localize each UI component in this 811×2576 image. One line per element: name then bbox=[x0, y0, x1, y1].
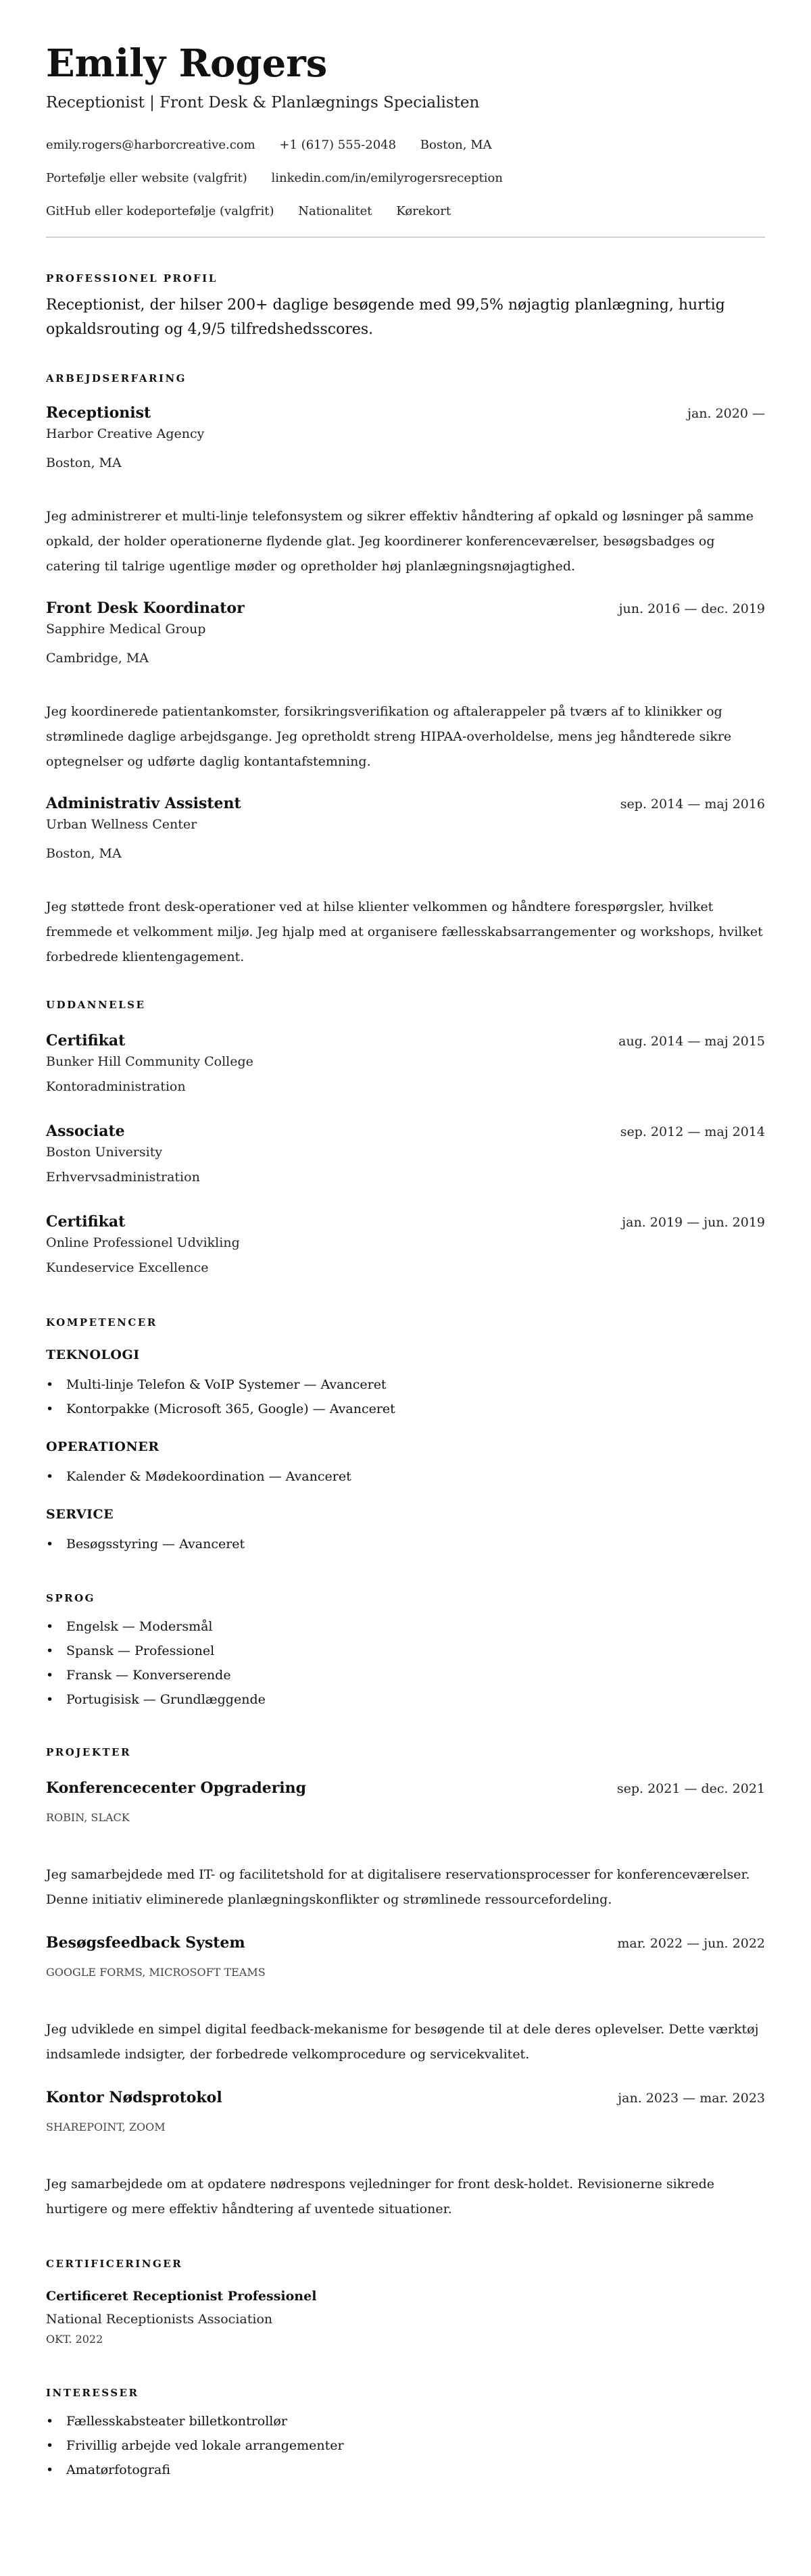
profile-section: Professionel profil Receptionist, der hi… bbox=[46, 272, 765, 342]
field-of-study: Kundeservice Excellence bbox=[46, 1258, 765, 1278]
location-text: Boston, MA bbox=[420, 138, 492, 152]
skill-item-text: Kontorpakke (Microsoft 365, Google) — Av… bbox=[66, 1402, 395, 1416]
job-dates: jan. 2020 — bbox=[687, 403, 765, 424]
language-item: •Spansk — Professionel bbox=[46, 1639, 765, 1663]
project-title: Kontor Nødsprotokol bbox=[46, 2087, 222, 2108]
language-item-text: Spansk — Professionel bbox=[66, 1643, 214, 1658]
candidate-name: Emily Rogers bbox=[46, 39, 765, 88]
interest-item-text: Frivillig arbejde ved lokale arrangement… bbox=[66, 2438, 344, 2453]
job-location: Cambridge, MA bbox=[46, 648, 765, 668]
skill-item: •Kalender & Mødekoordination — Avanceret bbox=[46, 1464, 765, 1489]
contact-info: emily.rogers@harborcreative.com +1 (617)… bbox=[46, 128, 765, 228]
projects-section: Projekter Konferencecenter Opgraderingse… bbox=[46, 1745, 765, 2222]
education-entry: Certifikatjan. 2019 — jun. 2019Online Pr… bbox=[46, 1212, 765, 1278]
phone-link[interactable]: +1 (617) 555-2048 bbox=[279, 138, 396, 152]
section-title: Certificeringer bbox=[46, 2257, 765, 2271]
education-entry: Associatesep. 2012 — maj 2014Boston Univ… bbox=[46, 1121, 765, 1187]
project-tech: Google Forms, Microsoft Teams bbox=[46, 1964, 765, 1981]
email-link[interactable]: emily.rogers@harborcreative.com bbox=[46, 138, 255, 152]
skill-item-text: Kalender & Mødekoordination — Avanceret bbox=[66, 1469, 351, 1484]
skills-section: Kompetencer TEKNOLOGI•Multi-linje Telefo… bbox=[46, 1316, 765, 1556]
bullet-icon: • bbox=[46, 1372, 53, 1397]
bullet-icon: • bbox=[46, 1397, 53, 1421]
section-title: Projekter bbox=[46, 1745, 765, 1759]
skill-group: SERVICE•Besøgsstyring — Avanceret bbox=[46, 1505, 765, 1556]
bullet-icon: • bbox=[46, 2458, 53, 2482]
education-entry: Certifikataug. 2014 — maj 2015Bunker Hil… bbox=[46, 1031, 765, 1097]
job-description: Jeg koordinerede patientankomster, forsi… bbox=[46, 699, 765, 774]
entry-header: Administrativ Assistentsep. 2014 — maj 2… bbox=[46, 793, 765, 814]
bullet-icon: • bbox=[46, 1663, 53, 1687]
interests-section: Interesser •Fællesskabsteater billetkont… bbox=[46, 2386, 765, 2482]
skill-list: •Multi-linje Telefon & VoIP Systemer — A… bbox=[46, 1372, 765, 1421]
interest-item-text: Fællesskabsteater billetkontrollør bbox=[66, 2414, 287, 2429]
skill-group-title: SERVICE bbox=[46, 1505, 765, 1524]
certification-issuer: National Receptionists Association bbox=[46, 2309, 765, 2329]
skill-item-text: Multi-linje Telefon & VoIP Systemer — Av… bbox=[66, 1377, 387, 1392]
interest-item: •Fællesskabsteater billetkontrollør bbox=[46, 2409, 765, 2433]
entry-header: Receptionistjan. 2020 — bbox=[46, 403, 765, 424]
experience-entry: Front Desk Koordinatorjun. 2016 — dec. 2… bbox=[46, 598, 765, 774]
profile-summary: Receptionist, der hilser 200+ daglige be… bbox=[46, 293, 765, 342]
experience-section: Arbejdserfaring Receptionistjan. 2020 —H… bbox=[46, 372, 765, 970]
bullet-icon: • bbox=[46, 2433, 53, 2458]
resume-header: Emily Rogers Receptionist | Front Desk &… bbox=[46, 39, 765, 228]
skill-group-title: OPERATIONER bbox=[46, 1437, 765, 1456]
drivers-license-text: Kørekort bbox=[396, 204, 451, 218]
interest-item-text: Amatørfotografi bbox=[66, 2462, 170, 2477]
certifications-list: Certificeret Receptionist ProfessionelNa… bbox=[46, 2287, 765, 2347]
project-entry: Besøgsfeedback Systemmar. 2022 — jun. 20… bbox=[46, 1933, 765, 2067]
field-of-study: Erhvervsadministration bbox=[46, 1167, 765, 1187]
section-title: Sprog bbox=[46, 1591, 765, 1605]
language-item: •Portugisisk — Grundlæggende bbox=[46, 1687, 765, 1712]
language-item: •Engelsk — Modersmål bbox=[46, 1614, 765, 1639]
school-name: Online Professionel Udvikling bbox=[46, 1233, 765, 1253]
skill-item: •Multi-linje Telefon & VoIP Systemer — A… bbox=[46, 1372, 765, 1397]
section-title: Uddannelse bbox=[46, 998, 765, 1012]
experience-entry: Receptionistjan. 2020 —Harbor Creative A… bbox=[46, 403, 765, 579]
skill-list: •Kalender & Mødekoordination — Avanceret bbox=[46, 1464, 765, 1489]
github-link[interactable]: GitHub eller kodeportefølje (valgfrit) bbox=[46, 204, 274, 218]
job-dates: jun. 2016 — dec. 2019 bbox=[619, 599, 765, 619]
linkedin-link[interactable]: linkedin.com/in/emilyrogersreception bbox=[271, 171, 503, 185]
company-name: Sapphire Medical Group bbox=[46, 619, 765, 639]
project-dates: mar. 2022 — jun. 2022 bbox=[617, 1933, 765, 1954]
interest-item: •Amatørfotografi bbox=[46, 2458, 765, 2482]
certifications-section: Certificeringer Certificeret Receptionis… bbox=[46, 2257, 765, 2347]
bullet-icon: • bbox=[46, 1464, 53, 1489]
section-title: Kompetencer bbox=[46, 1316, 765, 1329]
education-list: Certifikataug. 2014 — maj 2015Bunker Hil… bbox=[46, 1031, 765, 1278]
field-of-study: Kontoradministration bbox=[46, 1076, 765, 1097]
project-entry: Kontor Nødsprotokoljan. 2023 — mar. 2023… bbox=[46, 2087, 765, 2222]
school-name: Boston University bbox=[46, 1142, 765, 1162]
experience-list: Receptionistjan. 2020 —Harbor Creative A… bbox=[46, 403, 765, 970]
bullet-icon: • bbox=[46, 1614, 53, 1639]
project-entry: Konferencecenter Opgraderingsep. 2021 — … bbox=[46, 1778, 765, 1912]
language-item-text: Portugisisk — Grundlæggende bbox=[66, 1692, 266, 1707]
experience-entry: Administrativ Assistentsep. 2014 — maj 2… bbox=[46, 793, 765, 970]
entry-header: Kontor Nødsprotokoljan. 2023 — mar. 2023 bbox=[46, 2087, 765, 2108]
job-location: Boston, MA bbox=[46, 453, 765, 473]
nationality-text: Nationalitet bbox=[298, 204, 372, 218]
bullet-icon: • bbox=[46, 1532, 53, 1556]
job-title: Front Desk Koordinator bbox=[46, 598, 245, 618]
skill-item: •Besøgsstyring — Avanceret bbox=[46, 1532, 765, 1556]
section-title: Interesser bbox=[46, 2386, 765, 2400]
job-location: Boston, MA bbox=[46, 843, 765, 864]
company-name: Harbor Creative Agency bbox=[46, 424, 765, 444]
project-title: Konferencecenter Opgradering bbox=[46, 1778, 306, 1798]
language-item: •Fransk — Konverserende bbox=[46, 1663, 765, 1687]
project-dates: jan. 2023 — mar. 2023 bbox=[618, 2088, 765, 2108]
certification-name: Certificeret Receptionist Professionel bbox=[46, 2287, 765, 2306]
bullet-icon: • bbox=[46, 1687, 53, 1712]
job-dates: sep. 2014 — maj 2016 bbox=[620, 794, 765, 814]
project-tech: Robin, Slack bbox=[46, 1810, 765, 1826]
degree-title: Certifikat bbox=[46, 1031, 125, 1051]
entry-header: Certifikataug. 2014 — maj 2015 bbox=[46, 1031, 765, 1051]
project-description: Jeg udviklede en simpel digital feedback… bbox=[46, 2017, 765, 2067]
section-title: Professionel profil bbox=[46, 272, 765, 285]
skill-item: •Kontorpakke (Microsoft 365, Google) — A… bbox=[46, 1397, 765, 1421]
job-title: Administrativ Assistent bbox=[46, 793, 241, 814]
resume-page: Emily Rogers Receptionist | Front Desk &… bbox=[0, 0, 811, 2509]
project-tech: SharePoint, Zoom bbox=[46, 2119, 765, 2135]
languages-list: •Engelsk — Modersmål•Spansk — Profession… bbox=[46, 1614, 765, 1712]
language-item-text: Fransk — Konverserende bbox=[66, 1668, 231, 1683]
skill-list: •Besøgsstyring — Avanceret bbox=[46, 1532, 765, 1556]
certification-entry: Certificeret Receptionist ProfessionelNa… bbox=[46, 2287, 765, 2347]
bullet-icon: • bbox=[46, 2409, 53, 2433]
degree-title: Certifikat bbox=[46, 1212, 125, 1232]
entry-header: Front Desk Koordinatorjun. 2016 — dec. 2… bbox=[46, 598, 765, 619]
skill-item-text: Besøgsstyring — Avanceret bbox=[66, 1537, 245, 1552]
education-dates: aug. 2014 — maj 2015 bbox=[618, 1031, 765, 1051]
certification-date: Okt. 2022 bbox=[46, 2332, 765, 2347]
header-divider bbox=[46, 237, 765, 238]
bullet-icon: • bbox=[46, 1639, 53, 1663]
section-title: Arbejdserfaring bbox=[46, 372, 765, 385]
project-title: Besøgsfeedback System bbox=[46, 1933, 245, 1953]
skill-groups: TEKNOLOGI•Multi-linje Telefon & VoIP Sys… bbox=[46, 1345, 765, 1556]
entry-header: Associatesep. 2012 — maj 2014 bbox=[46, 1121, 765, 1142]
language-item-text: Engelsk — Modersmål bbox=[66, 1619, 213, 1634]
job-description: Jeg støttede front desk-operationer ved … bbox=[46, 895, 765, 970]
company-name: Urban Wellness Center bbox=[46, 814, 765, 835]
education-dates: sep. 2012 — maj 2014 bbox=[620, 1122, 765, 1142]
degree-title: Associate bbox=[46, 1121, 125, 1141]
skill-group: OPERATIONER•Kalender & Mødekoordination … bbox=[46, 1437, 765, 1489]
projects-list: Konferencecenter Opgraderingsep. 2021 — … bbox=[46, 1778, 765, 2222]
job-title: Receptionist bbox=[46, 403, 151, 423]
contact-row: Portefølje eller website (valgfrit) link… bbox=[46, 162, 765, 195]
contact-row: emily.rogers@harborcreative.com +1 (617)… bbox=[46, 128, 765, 162]
interests-list: •Fællesskabsteater billetkontrollør•Friv… bbox=[46, 2409, 765, 2482]
portfolio-link[interactable]: Portefølje eller website (valgfrit) bbox=[46, 171, 247, 185]
project-description: Jeg samarbejdede om at opdatere nødrespo… bbox=[46, 2172, 765, 2222]
interest-item: •Frivillig arbejde ved lokale arrangemen… bbox=[46, 2433, 765, 2458]
languages-section: Sprog •Engelsk — Modersmål•Spansk — Prof… bbox=[46, 1591, 765, 1712]
contact-row: GitHub eller kodeportefølje (valgfrit) N… bbox=[46, 195, 765, 228]
skill-group: TEKNOLOGI•Multi-linje Telefon & VoIP Sys… bbox=[46, 1345, 765, 1421]
project-description: Jeg samarbejdede med IT- og facilitetsho… bbox=[46, 1862, 765, 1912]
project-dates: sep. 2021 — dec. 2021 bbox=[617, 1779, 765, 1799]
job-description: Jeg administrerer et multi-linje telefon… bbox=[46, 504, 765, 579]
candidate-headline: Receptionist | Front Desk & Planlægnings… bbox=[46, 92, 765, 114]
school-name: Bunker Hill Community College bbox=[46, 1051, 765, 1072]
education-section: Uddannelse Certifikataug. 2014 — maj 201… bbox=[46, 998, 765, 1278]
entry-header: Konferencecenter Opgraderingsep. 2021 — … bbox=[46, 1778, 765, 1799]
entry-header: Certifikatjan. 2019 — jun. 2019 bbox=[46, 1212, 765, 1233]
skill-group-title: TEKNOLOGI bbox=[46, 1345, 765, 1364]
education-dates: jan. 2019 — jun. 2019 bbox=[622, 1212, 765, 1233]
entry-header: Besøgsfeedback Systemmar. 2022 — jun. 20… bbox=[46, 1933, 765, 1954]
